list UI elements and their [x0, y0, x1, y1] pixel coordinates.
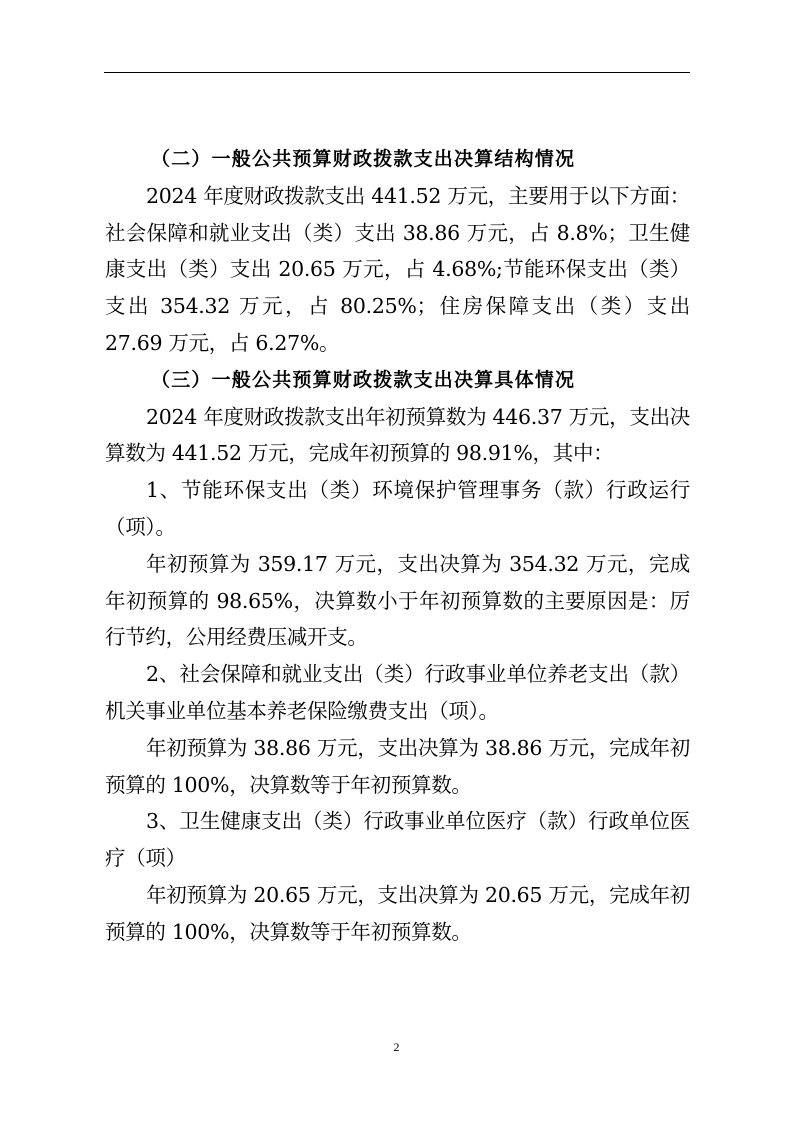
paragraph-item-2-detail: 年初预算为 38.86 万元，支出决算为 38.86 万元，完成年初预算的 10… [105, 730, 690, 804]
paragraph-item-3-title: 3、卫生健康支出（类）行政事业单位医疗（款）行政单位医疗（项） [105, 803, 690, 877]
paragraph-item-3-detail: 年初预算为 20.65 万元，支出决算为 20.65 万元，完成年初预算的 10… [105, 877, 690, 951]
paragraph-budget-summary: 2024 年度财政拨款支出年初预算数为 446.37 万元，支出决算数为 441… [105, 399, 690, 473]
page-number: 2 [0, 1040, 793, 1055]
section-heading-details: （三）一般公共预算财政拨款支出决算具体情况 [105, 362, 690, 399]
section-heading-structure: （二）一般公共预算财政拨款支出决算结构情况 [105, 141, 690, 178]
document-body: （二）一般公共预算财政拨款支出决算结构情况 2024 年度财政拨款支出 441.… [105, 141, 690, 951]
paragraph-item-2-title: 2、社会保障和就业支出（类）行政事业单位养老支出（款）机关事业单位基本养老保险缴… [105, 656, 690, 730]
paragraph-structure-summary: 2024 年度财政拨款支出 441.52 万元，主要用于以下方面：社会保障和就业… [105, 178, 690, 362]
header-rule [104, 72, 690, 73]
paragraph-item-1-detail: 年初预算为 359.17 万元，支出决算为 354.32 万元，完成年初预算的 … [105, 546, 690, 656]
paragraph-item-1-title: 1、节能环保支出（类）环境保护管理事务（款）行政运行（项）。 [105, 472, 690, 546]
